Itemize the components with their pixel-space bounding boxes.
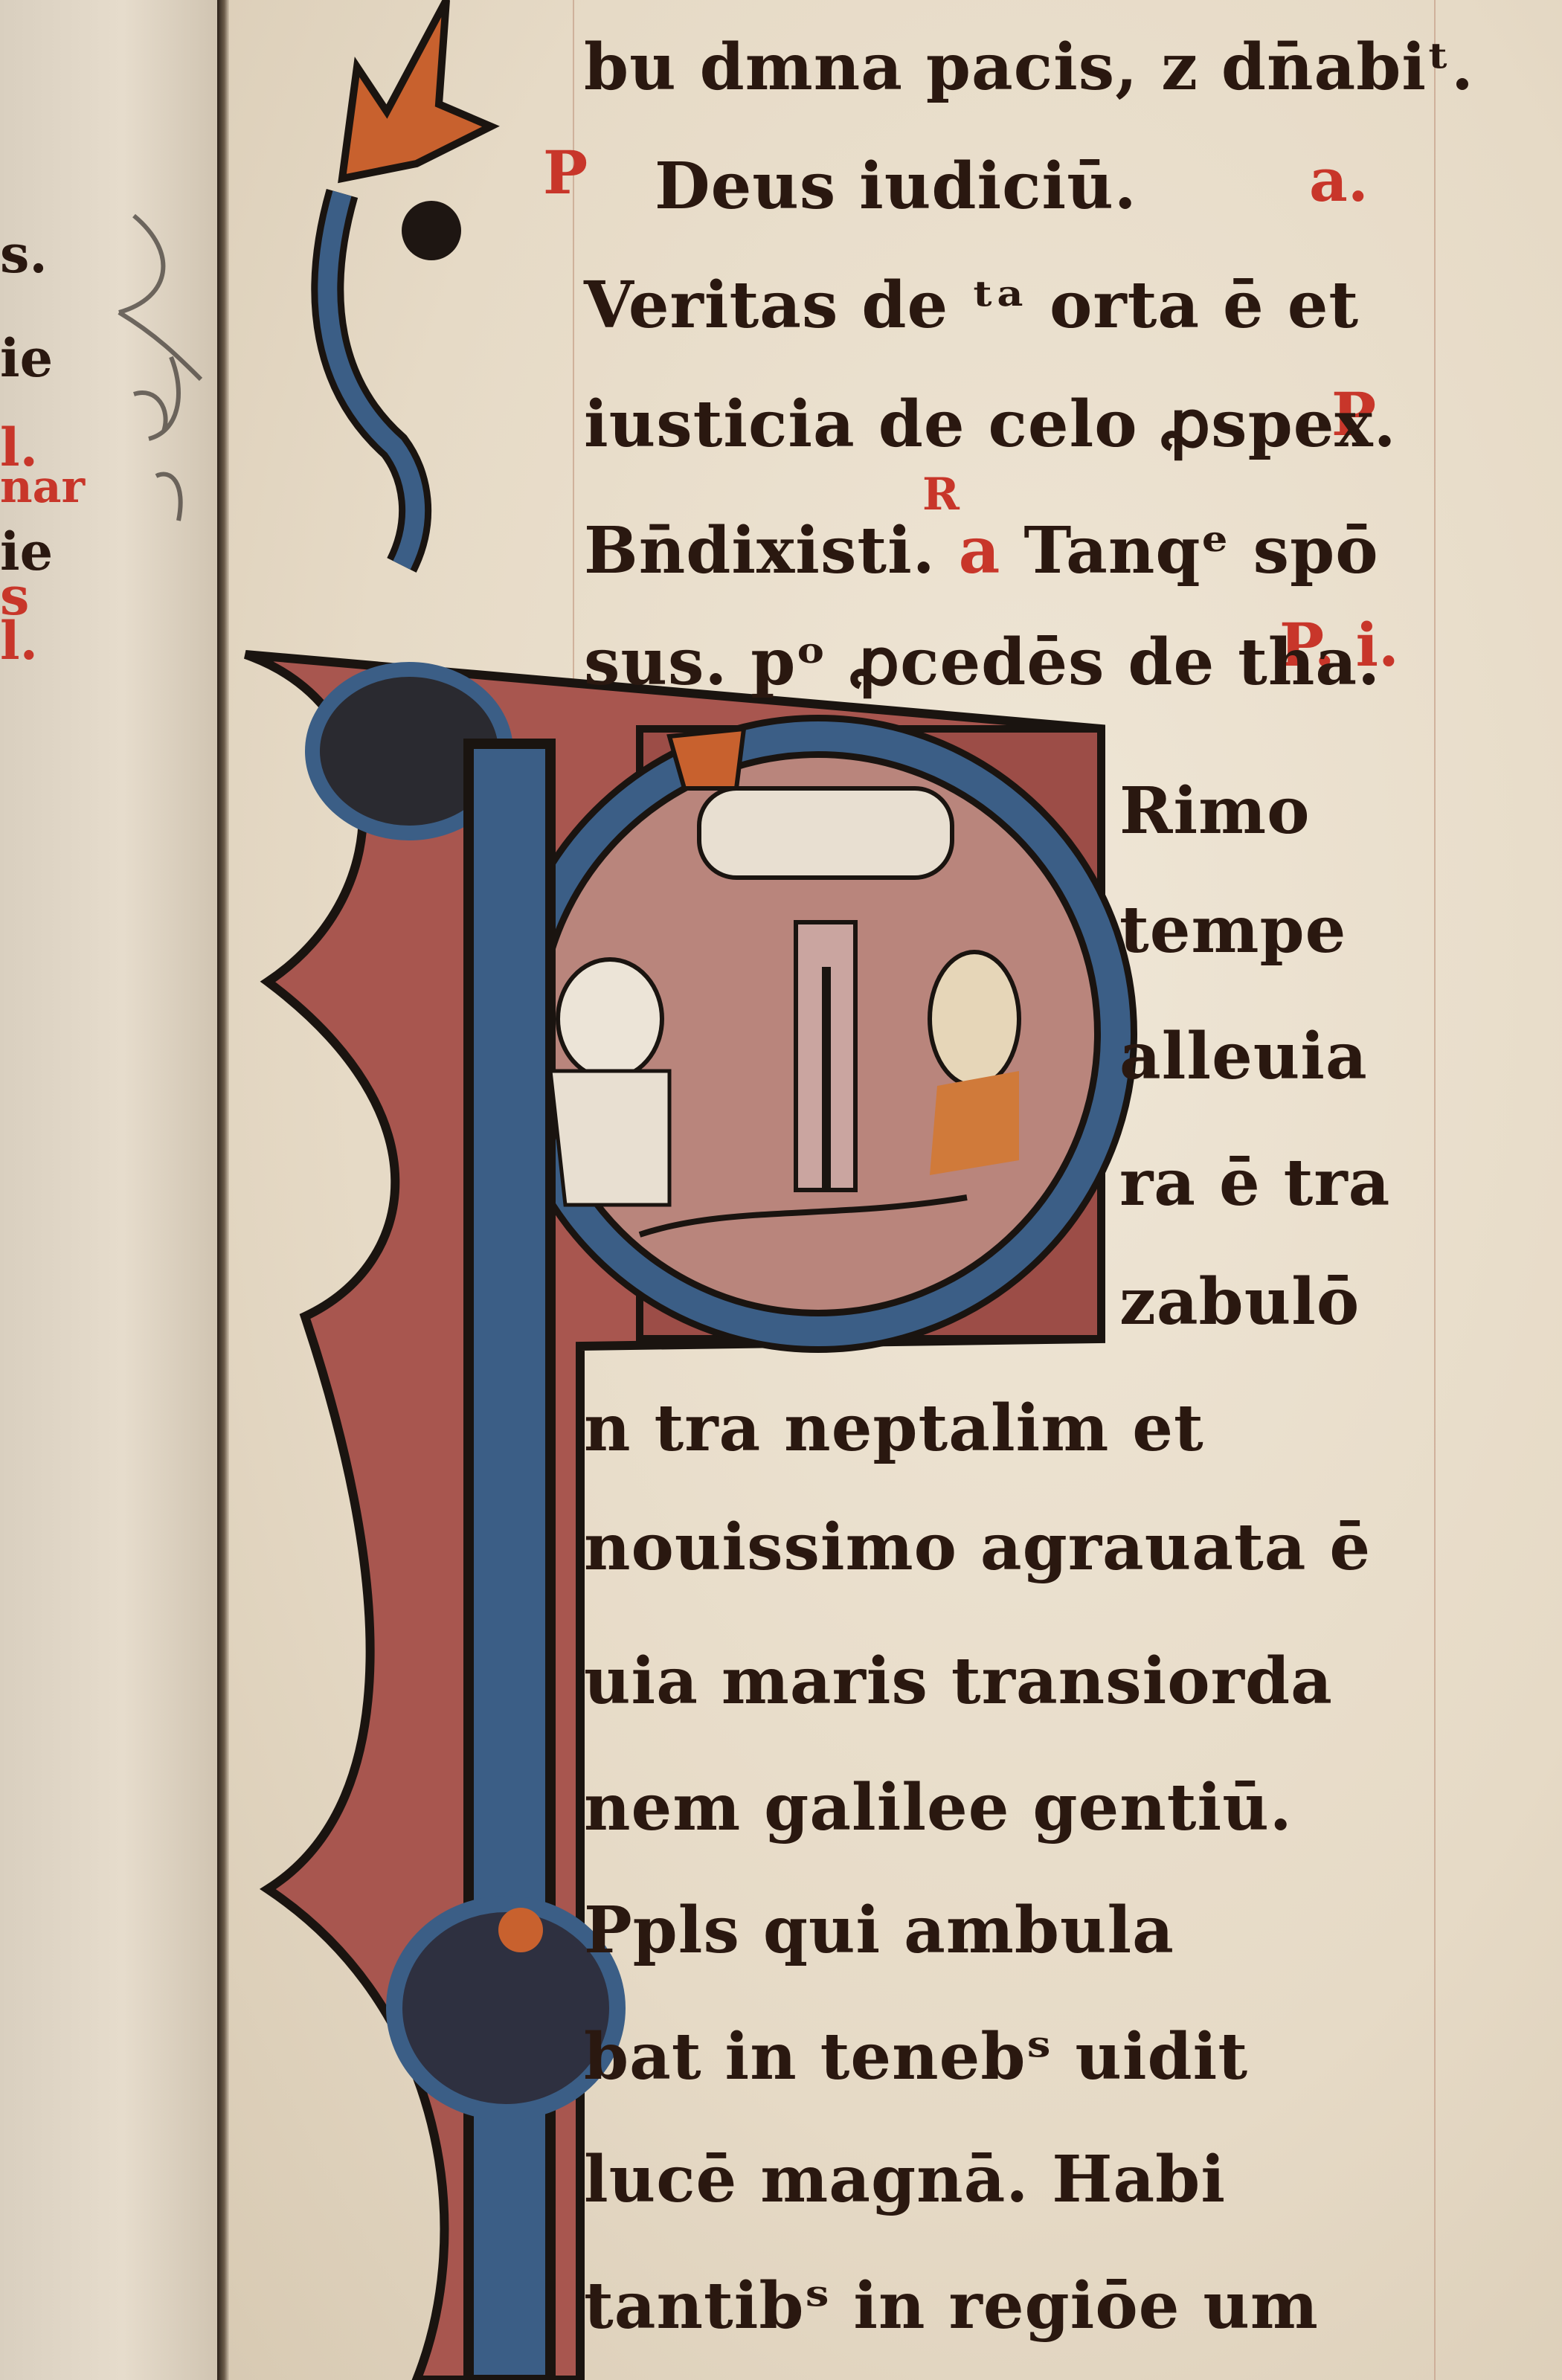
- text-line: nouissimo agrauata ē: [584, 1510, 1371, 1585]
- left-margin-fragment: ie: [0, 327, 53, 389]
- text-line: uia maris transiorda: [584, 1644, 1333, 1719]
- text-line: ra ē tra: [1119, 1145, 1390, 1220]
- recumbent-animal-icon: [699, 788, 952, 878]
- ruling-line-right: [1434, 0, 1436, 2380]
- left-margin-fragment: nar: [0, 461, 85, 513]
- bearded-figure-icon: [930, 952, 1019, 1086]
- text-line: nem galilee gentiū.: [584, 1770, 1293, 1845]
- text-line: bu dmna pacis, z dn̄abiᵗ.: [584, 30, 1474, 105]
- margin-pen-flourish: [89, 208, 223, 550]
- text-line: Ppls qui ambula: [584, 1893, 1174, 1968]
- crowned-head-icon: [669, 729, 744, 788]
- left-margin-fragment: l.: [0, 610, 38, 672]
- text-segment: Tanqᵉ spō: [1023, 513, 1378, 588]
- text-line: Bn̄dixisti. a Tanqᵉ spō: [584, 513, 1379, 588]
- text-segment: Bn̄dixisti.: [584, 513, 936, 588]
- text-line: sus. pᵒ ꝓcedēs de tha.: [584, 625, 1381, 700]
- orange-leaf-icon: [342, 0, 491, 178]
- text-line: zabulō: [1119, 1264, 1360, 1339]
- text-line: n tra neptalim et: [584, 1391, 1204, 1466]
- left-page-edge: s. ie l. nar ie s l.: [0, 0, 223, 2380]
- text-line: Rimo: [1119, 773, 1311, 849]
- text-line: iusticia de celo ꝓspex.: [584, 387, 1397, 462]
- rubric-a: a.: [1309, 145, 1369, 215]
- text-line: alleuia: [1119, 1019, 1368, 1094]
- text-line: Deus iudiciū.: [655, 149, 1137, 224]
- text-line: Veritas de ᵗᵃ orta ē et: [584, 268, 1359, 343]
- orange-tip-icon: [498, 1908, 543, 1952]
- text-line: lucē magnā. Habi: [584, 2142, 1226, 2217]
- hooded-figure-icon: [558, 959, 662, 1078]
- left-margin-fragment: s.: [0, 223, 48, 285]
- berry-icon: [402, 201, 461, 260]
- text-line: bat in tenebˢ uidit: [584, 2019, 1248, 2094]
- text-line: tempe: [1119, 892, 1346, 968]
- text-line: tantibˢ in regiōe um: [584, 2268, 1319, 2344]
- rubric-a: a: [959, 513, 1001, 588]
- rubric-p: P: [543, 138, 588, 208]
